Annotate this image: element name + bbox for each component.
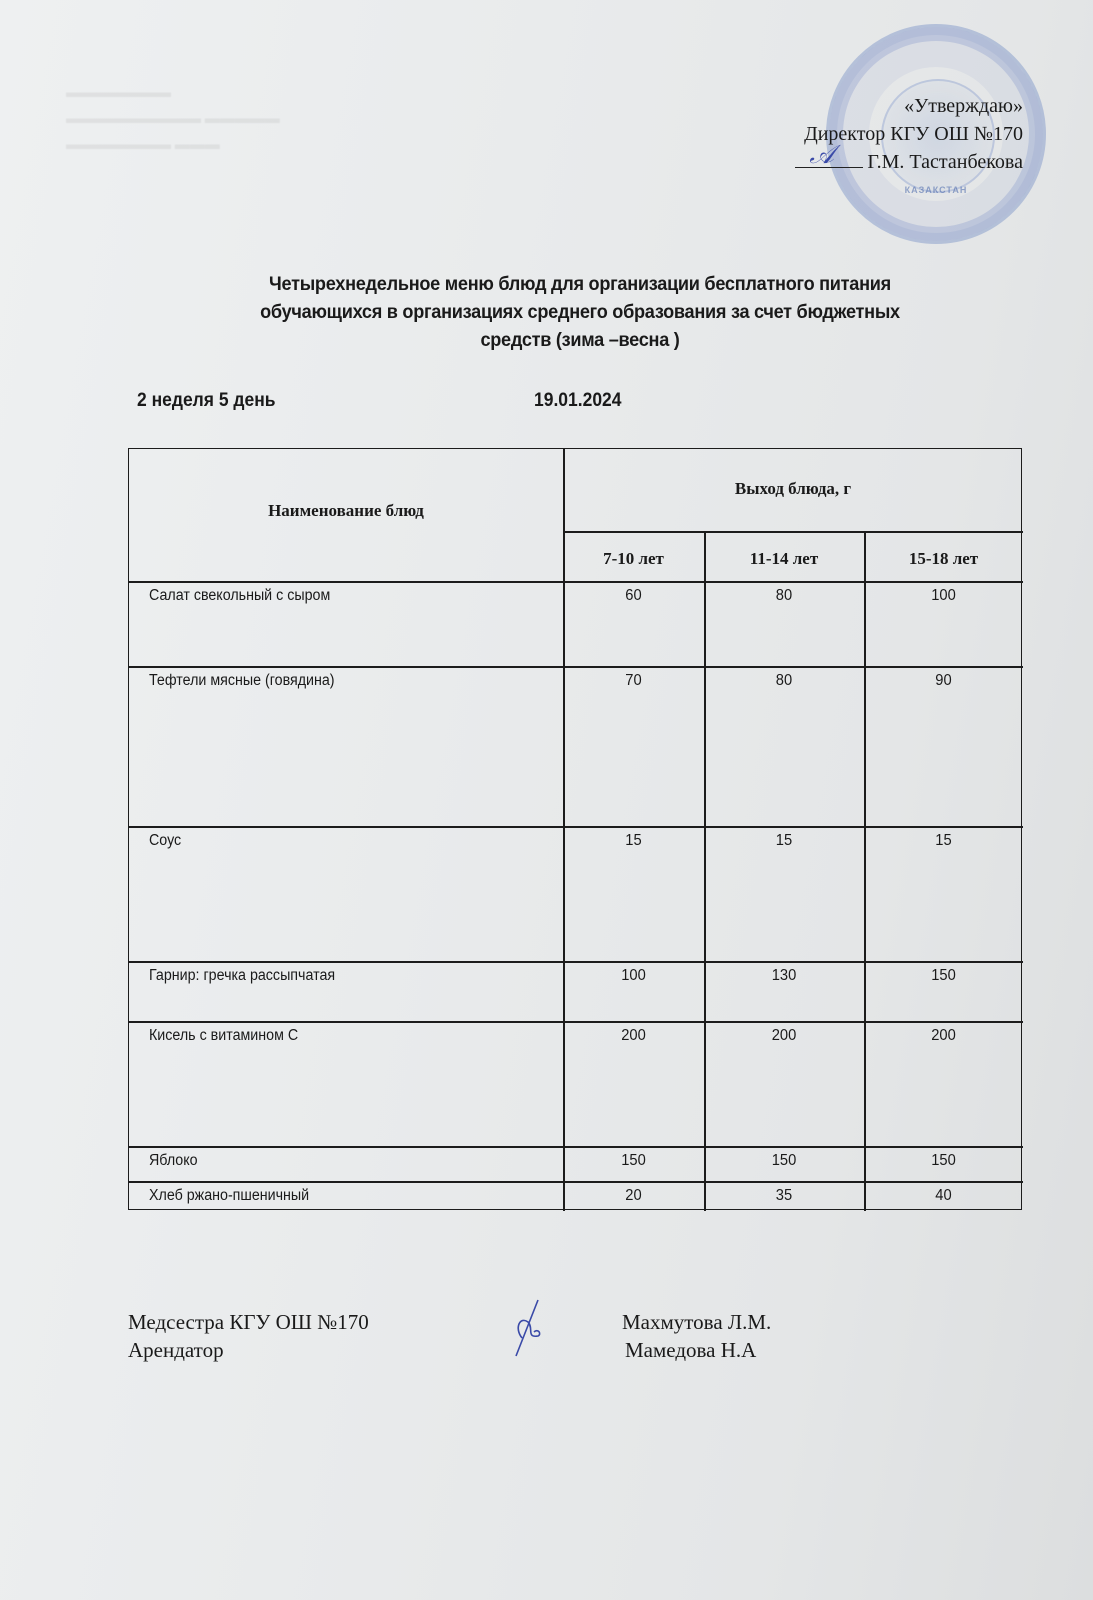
table-row-dish: Салат свекольный с сыром	[149, 587, 330, 605]
table-row-dish: Соус	[149, 832, 181, 850]
week-day: 2 неделя 5 день	[137, 390, 276, 412]
signature-icon	[508, 1298, 548, 1358]
header-dish-name: Наименование блюд	[129, 501, 563, 521]
table-row-value: 15	[870, 832, 1016, 850]
header-age-group: 15-18 лет	[864, 549, 1023, 569]
table-row-value: 70	[569, 672, 699, 690]
row-divider	[129, 666, 1023, 668]
row-divider	[129, 826, 1023, 828]
table-row-value: 150	[710, 1152, 857, 1170]
column-divider	[864, 531, 866, 1211]
title-line-2: обучающихся в организациях среднего обра…	[152, 298, 1008, 326]
stamp-text: КАЗАКСТАН	[829, 185, 1043, 195]
table-row-value: 15	[569, 832, 699, 850]
table-row-dish: Яблоко	[149, 1152, 198, 1170]
signature-line: 𝒜	[795, 149, 863, 168]
menu-table: Наименование блюдВыход блюда, г7-10 лет1…	[128, 448, 1022, 1210]
approval-block: «Утверждаю» Директор КГУ ОШ №170 𝒜Г.М. Т…	[795, 92, 1023, 176]
row-divider	[129, 961, 1023, 963]
approval-signature-row: 𝒜Г.М. Тастанбекова	[795, 148, 1023, 176]
title-line-3: средств (зима –весна )	[152, 326, 1008, 354]
row-divider	[129, 1181, 1023, 1183]
header-age-group: 11-14 лет	[704, 549, 864, 569]
table-row-value: 60	[569, 587, 699, 605]
table-row-value: 100	[569, 967, 699, 985]
table-row-value: 100	[870, 587, 1016, 605]
table-row-value: 150	[870, 967, 1016, 985]
tenant-name: Мамедова Н.А	[625, 1336, 756, 1364]
table-row-dish: Гарнир: гречка рассыпчатая	[149, 967, 335, 985]
title-line-1: Четырехнедельное меню блюд для организац…	[152, 270, 1008, 298]
row-divider	[129, 1021, 1023, 1023]
tenant-role: Арендатор	[128, 1336, 224, 1364]
row-divider	[129, 581, 1023, 583]
approval-label: «Утверждаю»	[795, 92, 1023, 120]
table-row-value: 200	[870, 1027, 1016, 1045]
table-row-value: 80	[710, 587, 857, 605]
menu-date: 19.01.2024	[534, 390, 621, 412]
row-divider	[129, 1146, 1023, 1148]
table-row-value: 200	[569, 1027, 699, 1045]
header-divider	[563, 531, 1023, 533]
table-row-value: 150	[870, 1152, 1016, 1170]
table-row-value: 200	[710, 1027, 857, 1045]
table-row-value: 80	[710, 672, 857, 690]
table-row-dish: Тефтели мясные (говядина)	[149, 672, 335, 690]
header-yield: Выход блюда, г	[563, 479, 1023, 499]
table-row-value: 130	[710, 967, 857, 985]
table-row-value: 150	[569, 1152, 699, 1170]
header-age-group: 7-10 лет	[563, 549, 704, 569]
table-row-value: 20	[569, 1187, 699, 1205]
table-row-dish: Хлеб ржано-пшеничный	[149, 1187, 309, 1205]
table-row-dish: Кисель с витамином С	[149, 1027, 298, 1045]
signature-icon: 𝒜	[809, 141, 834, 169]
nurse-role: Медсестра КГУ ОШ №170	[128, 1308, 369, 1336]
table-row-value: 15	[710, 832, 857, 850]
table-row-value: 40	[870, 1187, 1016, 1205]
bleed-through-text: ▬▬▬▬▬▬▬▬▬▬▬▬▬▬▬▬ ▬▬▬▬▬▬▬▬▬▬▬▬ ▬▬▬	[66, 80, 280, 158]
document-title: Четырехнедельное меню блюд для организац…	[152, 270, 1008, 354]
column-divider	[704, 531, 706, 1211]
approval-name: Г.М. Тастанбекова	[867, 151, 1023, 173]
table-row-value: 90	[870, 672, 1016, 690]
table-row-value: 35	[710, 1187, 857, 1205]
nurse-name: Махмутова Л.М.	[622, 1308, 771, 1336]
